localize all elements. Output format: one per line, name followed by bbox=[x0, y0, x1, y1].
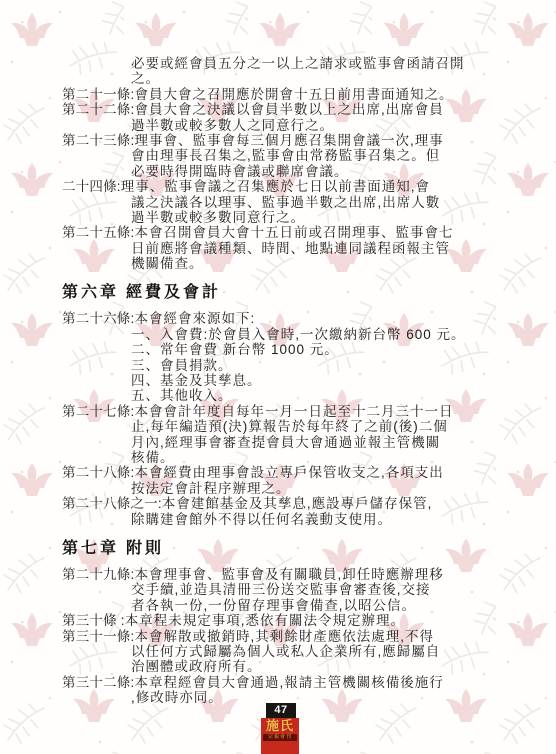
article-number: 第二十一條: bbox=[62, 87, 134, 102]
article: 第三十二條:本章程經會員大會通過,報請主管機關核備後施行,修改時亦同。 bbox=[62, 675, 502, 706]
text-line: 必要時得開臨時會議或聯席會議。 bbox=[131, 164, 502, 179]
article-number: 第二十三條: bbox=[62, 133, 134, 148]
text-line: 之。 bbox=[131, 71, 502, 86]
text-line: 第二十二條:會員大會之決議以會員半數以上之出席,出席會員 bbox=[62, 102, 502, 117]
text-line: 除購建會館外不得以任何名義動支使用。 bbox=[131, 512, 502, 527]
text-line: 治團體或政府所有。 bbox=[131, 659, 502, 674]
text-line: 日前應將會議種類、時間、地點連同議程函報主管 bbox=[131, 241, 502, 256]
article-number: 第二十七條: bbox=[62, 404, 134, 419]
text-line: 第二十七條:本會會計年度自每年一月一日起至十二月三十一日 bbox=[62, 404, 502, 419]
seal-title: 施氏 bbox=[266, 719, 294, 733]
article: 二十四條:理事、監事會議之召集應於七日以前書面通知,會議之決議各以理事、監事過半… bbox=[62, 179, 502, 225]
text-line: 月內,經理事會審查提會員大會通過並報主管機關 bbox=[131, 435, 502, 450]
article: 第二十八條之一:本會建館基金及其孳息,應設專戶儲存保管,除購建會館外不得以任何名… bbox=[62, 496, 502, 527]
article-text: 本會召開會員大會十五日前或召開理事、監事會七 bbox=[134, 225, 453, 240]
continued-paragraph: 必要或經會員五分之一以上之請求或監事會函請召開之。 bbox=[62, 56, 502, 87]
article: 第二十五條:本會召開會員大會十五日前或召開理事、監事會七日前應將會議種類、時間、… bbox=[62, 225, 502, 271]
article-text: 本會經費由理事會設立專戶保管收支之,各項支出 bbox=[134, 465, 443, 480]
article-text: 理事、監事會議之召集應於七日以前書面通知,會 bbox=[121, 179, 430, 194]
text-line: 第二十九條:本會理事會、監事會及有關職員,卸任時應辦理移 bbox=[62, 567, 502, 582]
article: 第二十九條:本會理事會、監事會及有關職員,卸任時應辦理移交手續,並造具清冊三份送… bbox=[62, 567, 502, 613]
text-line: 第二十八條之一:本會建館基金及其孳息,應設專戶儲存保管, bbox=[62, 496, 502, 511]
document-body: 必要或經會員五分之一以上之請求或監事會函請召開之。第二十一條:會員大會之召開應於… bbox=[62, 56, 502, 705]
text-line: 核備。 bbox=[131, 450, 502, 465]
article: 第二十八條:本會經費由理事會設立專戶保管收支之,各項支出按法定會計程序辦理之。 bbox=[62, 465, 502, 496]
charter-document-page: 必要或經會員五分之一以上之請求或監事會函請召開之。第二十一條:會員大會之召開應於… bbox=[0, 0, 556, 754]
text-line: 交手續,並造具清冊三份送交監事會審查後,交接 bbox=[131, 582, 502, 597]
article-number: 第二十九條: bbox=[62, 567, 134, 582]
text-line: ,修改時亦同。 bbox=[131, 690, 502, 705]
text-line: 五、其他收入。 bbox=[131, 388, 502, 403]
article: 第二十六條:本會經會來源如下:一、入會費:於會員入會時,一次繳納新台幣 600 … bbox=[62, 311, 502, 403]
article: 第二十七條:本會會計年度自每年一月一日起至十二月三十一日止,每年編造預(決)算報… bbox=[62, 404, 502, 466]
article-text: 本章程經會員大會通過,報請主管機關核備後施行 bbox=[134, 675, 443, 690]
article-number: 第三十一條: bbox=[62, 629, 134, 644]
text-line: 三、會員捐款。 bbox=[131, 358, 502, 373]
text-line: 第三十一條:本會解散或撤銷時,其剩餘財產應依法處理,不得 bbox=[62, 629, 502, 644]
seal-subtitle: 宗親會刊 bbox=[263, 734, 297, 741]
page-number-badge: 47 bbox=[266, 703, 296, 718]
article-number: 第二十五條: bbox=[62, 225, 134, 240]
article-number: 第三十二條: bbox=[62, 675, 134, 690]
text-line: 第二十六條:本會經會來源如下: bbox=[62, 311, 502, 326]
article: 第二十二條:會員大會之決議以會員半數以上之出席,出席會員過半數或較多數人之同意行… bbox=[62, 102, 502, 133]
article-text: 會員大會之決議以會員半數以上之出席,出席會員 bbox=[134, 102, 443, 117]
article: 第二十三條:理事會、監事會每三個月應召集開會議一次,理事會由理事長召集之,監事會… bbox=[62, 133, 502, 179]
article-text: 本會經會來源如下: bbox=[134, 311, 255, 326]
text-line: 四、基金及其孳息。 bbox=[131, 373, 502, 388]
article-text: 理事會、監事會每三個月應召集開會議一次,理事 bbox=[134, 133, 443, 148]
article-text: 本章程未規定事項,悉依有關法令規定辦理。 bbox=[125, 613, 405, 628]
article-text: 本會建館基金及其孳息,應設專戶儲存保管, bbox=[162, 496, 433, 511]
chapter-heading: 第六章 經費及會計 bbox=[62, 285, 502, 303]
article: 第二十一條:會員大會之召開應於開會十五日前用書面通知之。 bbox=[62, 87, 502, 102]
article-text: 本會理事會、監事會及有關職員,卸任時應辦理移 bbox=[134, 567, 443, 582]
text-line: 第三十二條:本章程經會員大會通過,報請主管機關核備後施行 bbox=[62, 675, 502, 690]
text-line: 第二十三條:理事會、監事會每三個月應召集開會議一次,理事 bbox=[62, 133, 502, 148]
article-number: 第三十條 : bbox=[62, 613, 125, 628]
text-line: 必要或經會員五分之一以上之請求或監事會函請召開 bbox=[131, 56, 502, 71]
text-line: 一、入會費:於會員入會時,一次繳納新台幣 600 元。 bbox=[131, 327, 502, 342]
text-line: 第二十八條:本會經費由理事會設立專戶保管收支之,各項支出 bbox=[62, 465, 502, 480]
article-number: 第二十六條: bbox=[62, 311, 134, 326]
article: 第三十一條:本會解散或撤銷時,其剩餘財產應依法處理,不得以任何方式歸屬為個人或私… bbox=[62, 629, 502, 675]
text-line: 止,每年編造預(決)算報告於每年終了之前(後)二個 bbox=[131, 419, 502, 434]
text-line: 過半數或較多數同意行之。 bbox=[131, 210, 502, 225]
text-line: 會由理事長召集之,監事會由常務監事召集之。但 bbox=[131, 148, 502, 163]
article-number: 二十四條: bbox=[62, 179, 121, 194]
text-line: 第三十條 :本章程未規定事項,悉依有關法令規定辦理。 bbox=[62, 613, 502, 628]
text-line: 二、常年會費 新台幣 1000 元。 bbox=[131, 342, 502, 357]
article-number: 第二十八條之一: bbox=[62, 496, 162, 511]
clan-seal: 施氏 宗親會刊 bbox=[261, 718, 299, 754]
article-text: 本會解散或撤銷時,其剩餘財產應依法處理,不得 bbox=[134, 629, 434, 644]
text-line: 者各執一份,一份留存理事會備查,以昭公信。 bbox=[131, 598, 502, 613]
text-line: 議之決議各以理事、監事過半數之出席,出席人數 bbox=[131, 195, 502, 210]
chapter-heading: 第七章 附則 bbox=[62, 541, 502, 559]
text-line: 機關備查。 bbox=[131, 256, 502, 271]
article-number: 第二十二條: bbox=[62, 102, 134, 117]
text-line: 按法定會計程序辦理之。 bbox=[131, 481, 502, 496]
article-text: 會員大會之召開應於開會十五日前用書面通知之。 bbox=[134, 87, 453, 102]
article-text: 本會會計年度自每年一月一日起至十二月三十一日 bbox=[134, 404, 453, 419]
text-line: 第二十五條:本會召開會員大會十五日前或召開理事、監事會七 bbox=[62, 225, 502, 240]
text-line: 過半數或較多數人之同意行之。 bbox=[131, 118, 502, 133]
article: 第三十條 :本章程未規定事項,悉依有關法令規定辦理。 bbox=[62, 613, 502, 628]
text-line: 第二十一條:會員大會之召開應於開會十五日前用書面通知之。 bbox=[62, 87, 502, 102]
text-line: 以任何方式歸屬為個人或私人企業所有,應歸屬自 bbox=[131, 644, 502, 659]
article-number: 第二十八條: bbox=[62, 465, 134, 480]
text-line: 二十四條:理事、監事會議之召集應於七日以前書面通知,會 bbox=[62, 179, 502, 194]
